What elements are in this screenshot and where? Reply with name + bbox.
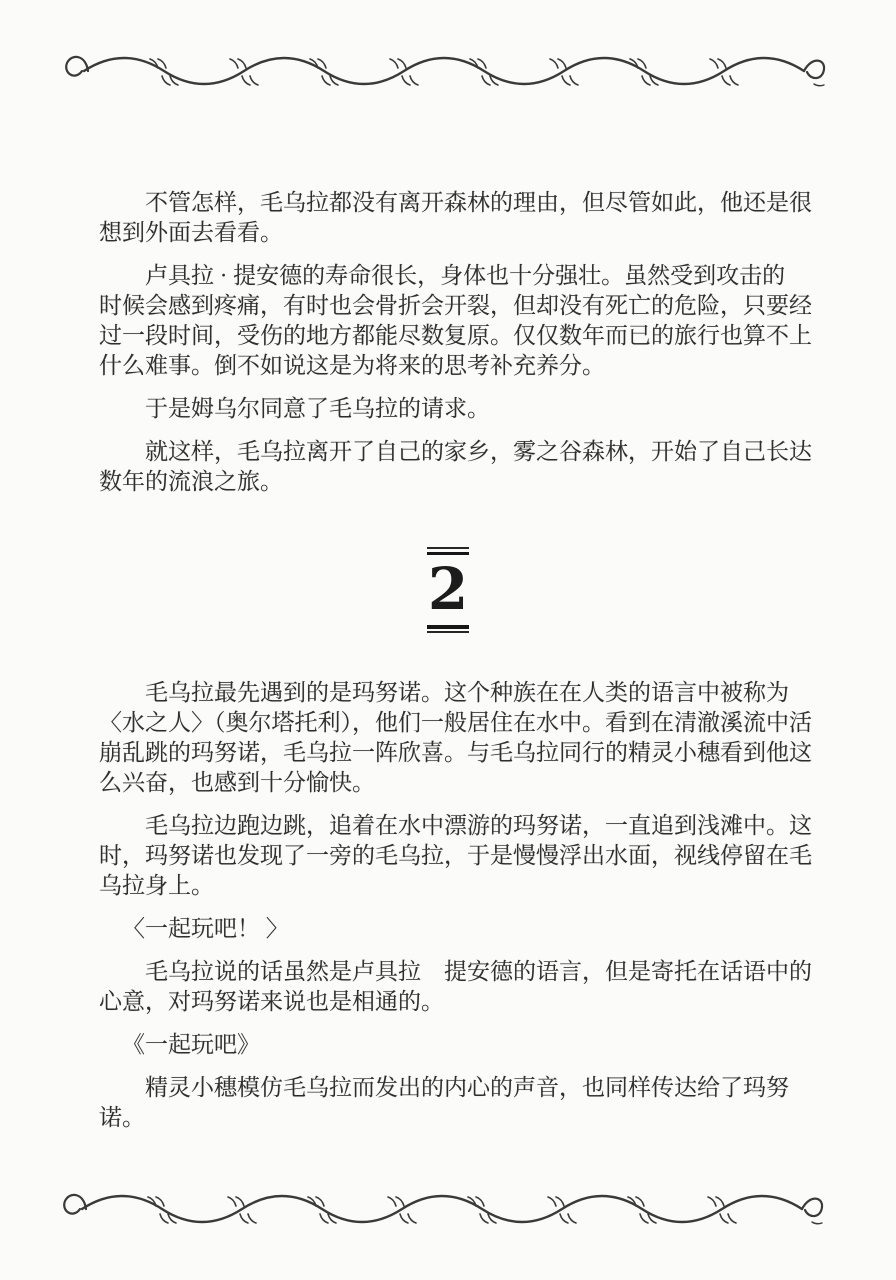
paragraph: 毛乌拉说的话虽然是卢具拉 提安德的语言，但是寄托在话语中的心意，对玛努诺来说也是…: [99, 957, 811, 1017]
text-line: 时候会感到疼痛，有时也会骨折会开裂，但却没有死亡的危险，只要经: [99, 291, 811, 321]
text-line: 〈一起玩吧！ 〉: [99, 914, 811, 944]
text-line: 时，玛努诺也发现了一旁的毛乌拉，于是慢慢浮出水面，视线停留在毛: [99, 841, 811, 871]
text-line: 《一起玩吧》: [99, 1030, 811, 1060]
text-line: 不管怎样，毛乌拉都没有离开森林的理由，但尽管如此，他还是很: [99, 188, 811, 218]
text-section-1: 不管怎样，毛乌拉都没有离开森林的理由，但尽管如此，他还是很想到外面去看看。卢具拉…: [99, 188, 811, 497]
text-line: 崩乱跳的玛努诺，毛乌拉一阵欣喜。与毛乌拉同行的精灵小穗看到他这: [99, 738, 811, 768]
paragraph: 《一起玩吧》: [99, 1030, 811, 1060]
paragraph: 卢具拉 · 提安德的寿命很长，身体也十分强壮。虽然受到攻击的时候会感到疼痛，有时…: [99, 261, 811, 381]
text-line: 毛乌拉最先遇到的是玛努诺。这个种族在在人类的语言中被称为: [99, 678, 811, 708]
chapter-number: 2: [0, 555, 896, 625]
wave-flourish-icon: [57, 48, 839, 90]
book-page: 不管怎样，毛乌拉都没有离开森林的理由，但尽管如此，他还是很想到外面去看看。卢具拉…: [0, 0, 896, 1280]
paragraph: 毛乌拉最先遇到的是玛努诺。这个种族在在人类的语言中被称为〈水之人〉（奥尔塔托利）…: [99, 678, 811, 798]
text-line: 什么难事。倒不如说这是为将来的思考补充养分。: [99, 351, 811, 381]
text-line: 过一段时间，受伤的地方都能尽数复原。仅仅数年而已的旅行也算不上: [99, 321, 811, 351]
paragraph: 不管怎样，毛乌拉都没有离开森林的理由，但尽管如此，他还是很想到外面去看看。: [99, 188, 811, 248]
paragraph: 于是姆乌尔同意了毛乌拉的请求。: [99, 394, 811, 424]
paragraph: 〈一起玩吧！ 〉: [99, 914, 811, 944]
text-line: 于是姆乌尔同意了毛乌拉的请求。: [99, 394, 811, 424]
text-line: 想到外面去看看。: [99, 218, 811, 248]
wave-flourish-icon: [55, 1186, 837, 1228]
paragraph: 就这样，毛乌拉离开了自己的家乡，雾之谷森林，开始了自己长达数年的流浪之旅。: [99, 437, 811, 497]
text-line: 毛乌拉说的话虽然是卢具拉 提安德的语言，但是寄托在话语中的: [99, 957, 811, 987]
text-line: 数年的流浪之旅。: [99, 467, 811, 497]
text-line: 毛乌拉边跑边跳，追着在水中漂游的玛努诺，一直追到浅滩中。这: [99, 811, 811, 841]
text-line: 精灵小穗模仿毛乌拉而发出的内心的声音，也同样传达给了玛努: [99, 1073, 811, 1103]
text-line: 卢具拉 · 提安德的寿命很长，身体也十分强壮。虽然受到攻击的: [99, 261, 811, 291]
text-line: 乌拉身上。: [99, 871, 811, 901]
text-line: 心意，对玛努诺来说也是相通的。: [99, 987, 811, 1017]
paragraph: 精灵小穗模仿毛乌拉而发出的内心的声音，也同样传达给了玛努诺。: [99, 1073, 811, 1133]
text-line: 么兴奋，也感到十分愉快。: [99, 768, 811, 798]
text-line: 〈水之人〉（奥尔塔托利），他们一般居住在水中。看到在清澈溪流中活: [99, 708, 811, 738]
chapter-divider: 2: [0, 547, 896, 633]
text-section-2: 毛乌拉最先遇到的是玛努诺。这个种族在在人类的语言中被称为〈水之人〉（奥尔塔托利）…: [99, 678, 811, 1133]
ornamental-border-bottom: [55, 1186, 837, 1228]
text-line: 诺。: [99, 1103, 811, 1133]
text-line: 就这样，毛乌拉离开了自己的家乡，雾之谷森林，开始了自己长达: [99, 437, 811, 467]
ornamental-border-top: [57, 48, 839, 90]
chapter-rule-bottom: [427, 625, 469, 633]
chapter-rule-top: [427, 547, 469, 555]
paragraph: 毛乌拉边跑边跳，追着在水中漂游的玛努诺，一直追到浅滩中。这时，玛努诺也发现了一旁…: [99, 811, 811, 901]
